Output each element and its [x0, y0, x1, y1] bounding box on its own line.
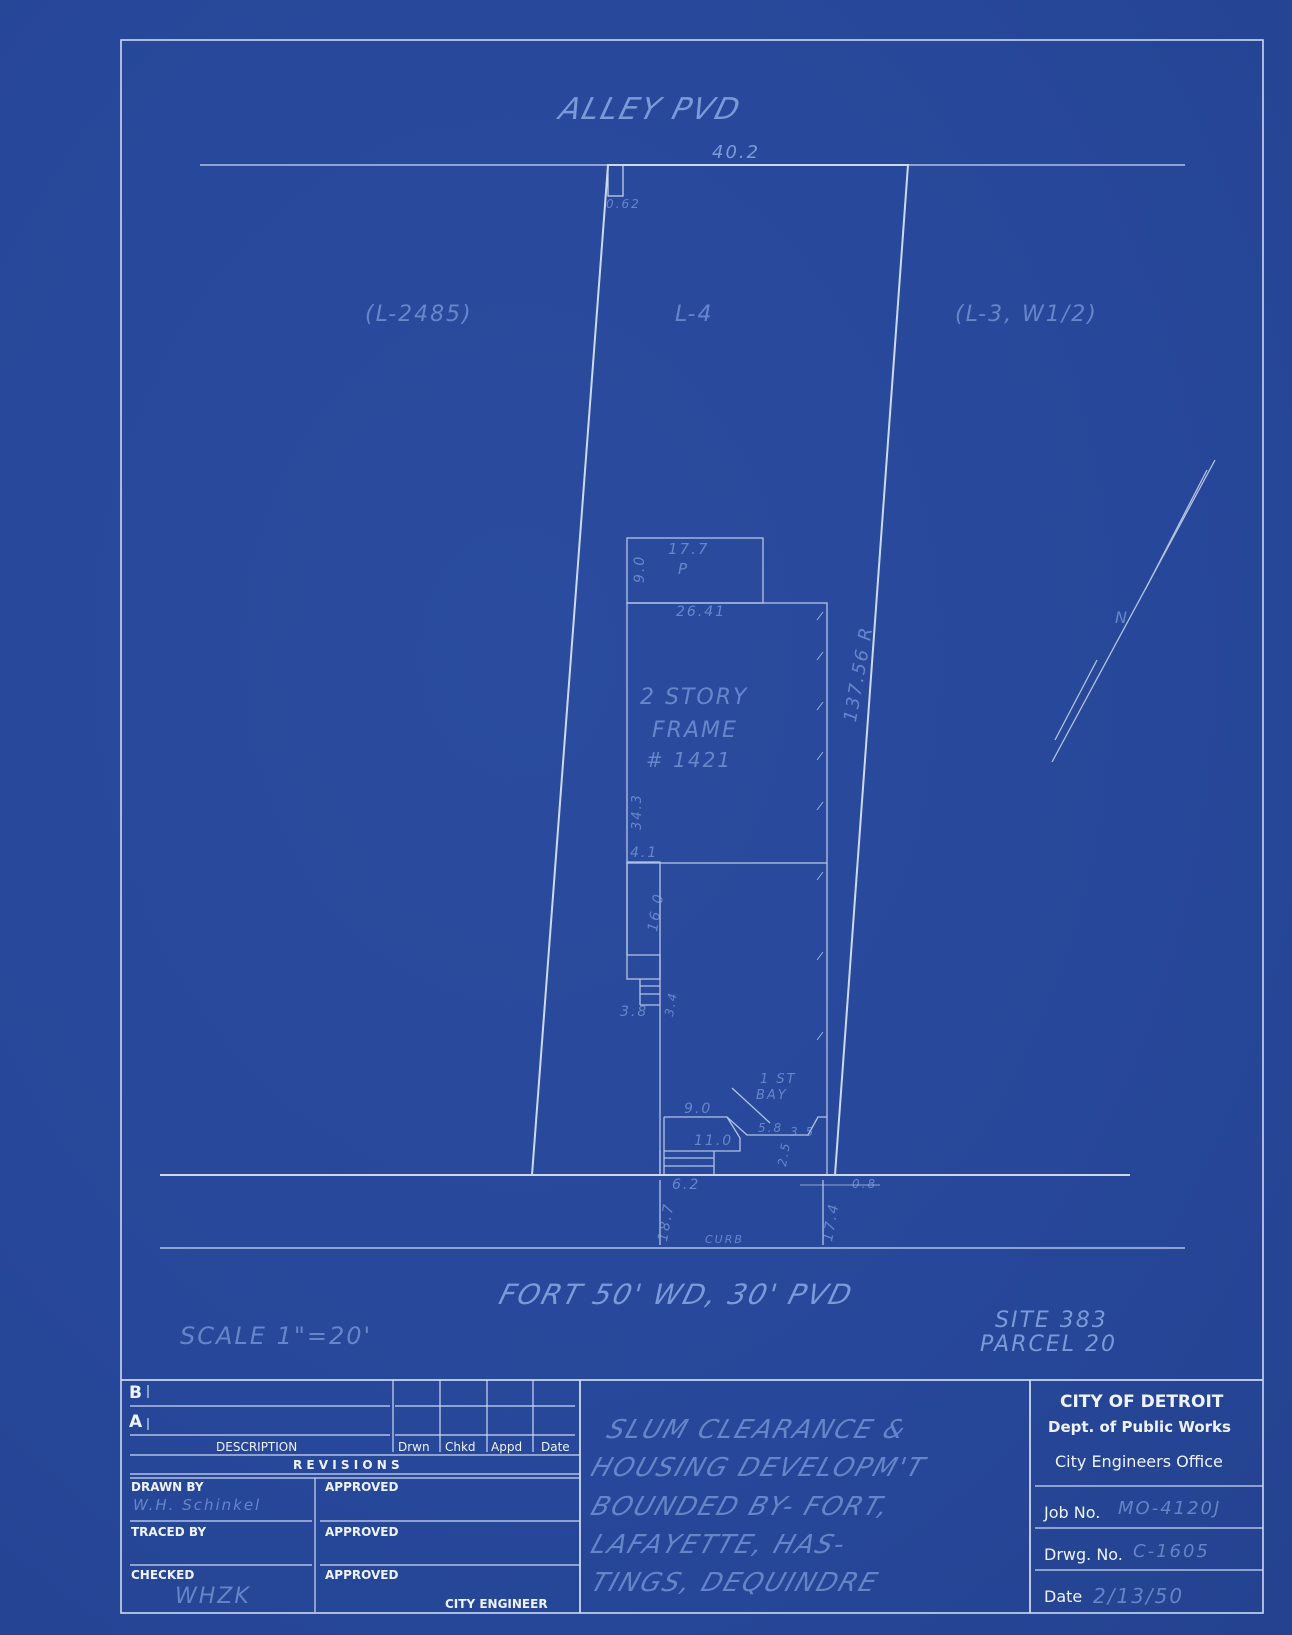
project-line-3: BOUNDED BY- FORT,: [587, 1492, 894, 1522]
steps-dim-a: 3.8: [620, 1004, 648, 1020]
bay-dimension: 5.8: [758, 1121, 783, 1135]
curb-label: CURB: [705, 1233, 744, 1246]
plat-drawing: [0, 0, 1292, 1635]
revisions-heading: R E V I S I O N S: [293, 1458, 400, 1472]
lot-right-label: (L-3, W1/2): [955, 302, 1098, 327]
job-number-label: Job No.: [1044, 1503, 1100, 1522]
col-appd: Appd: [491, 1440, 522, 1454]
house-footprint: [627, 538, 880, 1245]
date-value: 2/13/50: [1093, 1584, 1184, 1608]
front-steps: 6.2: [672, 1177, 700, 1193]
offset-right: 0.8: [852, 1177, 877, 1191]
city-name: CITY OF DETROIT: [1060, 1392, 1223, 1412]
office-name: City Engineers Office: [1055, 1452, 1223, 1471]
lot-front-dimension: 40.2: [712, 142, 760, 163]
col-date: Date: [541, 1440, 570, 1454]
revision-row-b: B: [129, 1383, 142, 1403]
department: Dept. of Public Works: [1048, 1418, 1231, 1436]
drawing-number-label: Drwg. No.: [1044, 1545, 1123, 1564]
project-line-2: HOUSING DEVELOPM'T: [587, 1453, 930, 1483]
col-drwn: Drwn: [398, 1440, 430, 1454]
date-label: Date: [1044, 1587, 1082, 1606]
corner-offset: 0.62: [606, 197, 641, 211]
approved-2: APPROVED: [325, 1525, 398, 1539]
lot-center-label: L-4: [675, 302, 713, 327]
north-arrow: [1052, 460, 1215, 762]
street-label: FORT 50' WD, 30' PVD: [496, 1278, 858, 1311]
revision-row-a: A: [129, 1412, 142, 1432]
sheet-border: [121, 40, 1263, 1613]
side-annex-top: 4.1: [630, 845, 658, 861]
col-chkd: Chkd: [445, 1440, 476, 1454]
rear-annex-side: 9.0: [632, 555, 648, 583]
house-label-3: # 1421: [646, 748, 732, 772]
drawn-by-value: W.H. Schinkel: [133, 1496, 261, 1514]
city-engineer-label: CITY ENGINEER: [445, 1597, 548, 1611]
checked-label: CHECKED: [131, 1568, 194, 1582]
rear-annex-dimension: 17.7: [668, 540, 709, 558]
north-arrow-label: N: [1115, 608, 1129, 627]
bay-label-1: 1 ST: [760, 1072, 797, 1087]
house-label-2: FRAME: [652, 718, 738, 743]
project-line-5: TINGS, DEQUINDRE: [587, 1568, 883, 1598]
approved-3: APPROVED: [325, 1568, 398, 1582]
porch-depth: 11.0: [694, 1133, 733, 1149]
alley-label: ALLEY PVD: [555, 92, 745, 127]
approved-1: APPROVED: [325, 1480, 398, 1494]
traced-by-label: TRACED BY: [131, 1525, 206, 1539]
house-side-dimension: 34.3: [630, 793, 645, 830]
project-line-1: SLUM CLEARANCE &: [603, 1415, 911, 1445]
lot-left-label: (L-2485): [365, 302, 473, 327]
site-label: SITE 383: [995, 1308, 1108, 1333]
checked-value: WHZK: [175, 1584, 251, 1609]
drawing-number-value: C-1605: [1133, 1541, 1210, 1562]
parcel-label: PARCEL 20: [980, 1332, 1117, 1357]
project-line-4: LAFAYETTE, HAS-: [587, 1530, 850, 1560]
house-width: 26.41: [676, 604, 726, 620]
drawn-by-label: DRAWN BY: [131, 1480, 204, 1494]
scale-label: SCALE 1"=20': [180, 1322, 372, 1350]
house-label-1: 2 STORY: [640, 685, 748, 710]
bay-side-dimension: 3.5: [790, 1125, 815, 1139]
bay-label-2: BAY: [756, 1088, 788, 1103]
col-description: DESCRIPTION: [216, 1440, 297, 1454]
job-number-value: MO-4120J: [1118, 1498, 1221, 1519]
porch-width: 9.0: [684, 1101, 712, 1117]
rear-annex-label: P: [678, 560, 689, 578]
